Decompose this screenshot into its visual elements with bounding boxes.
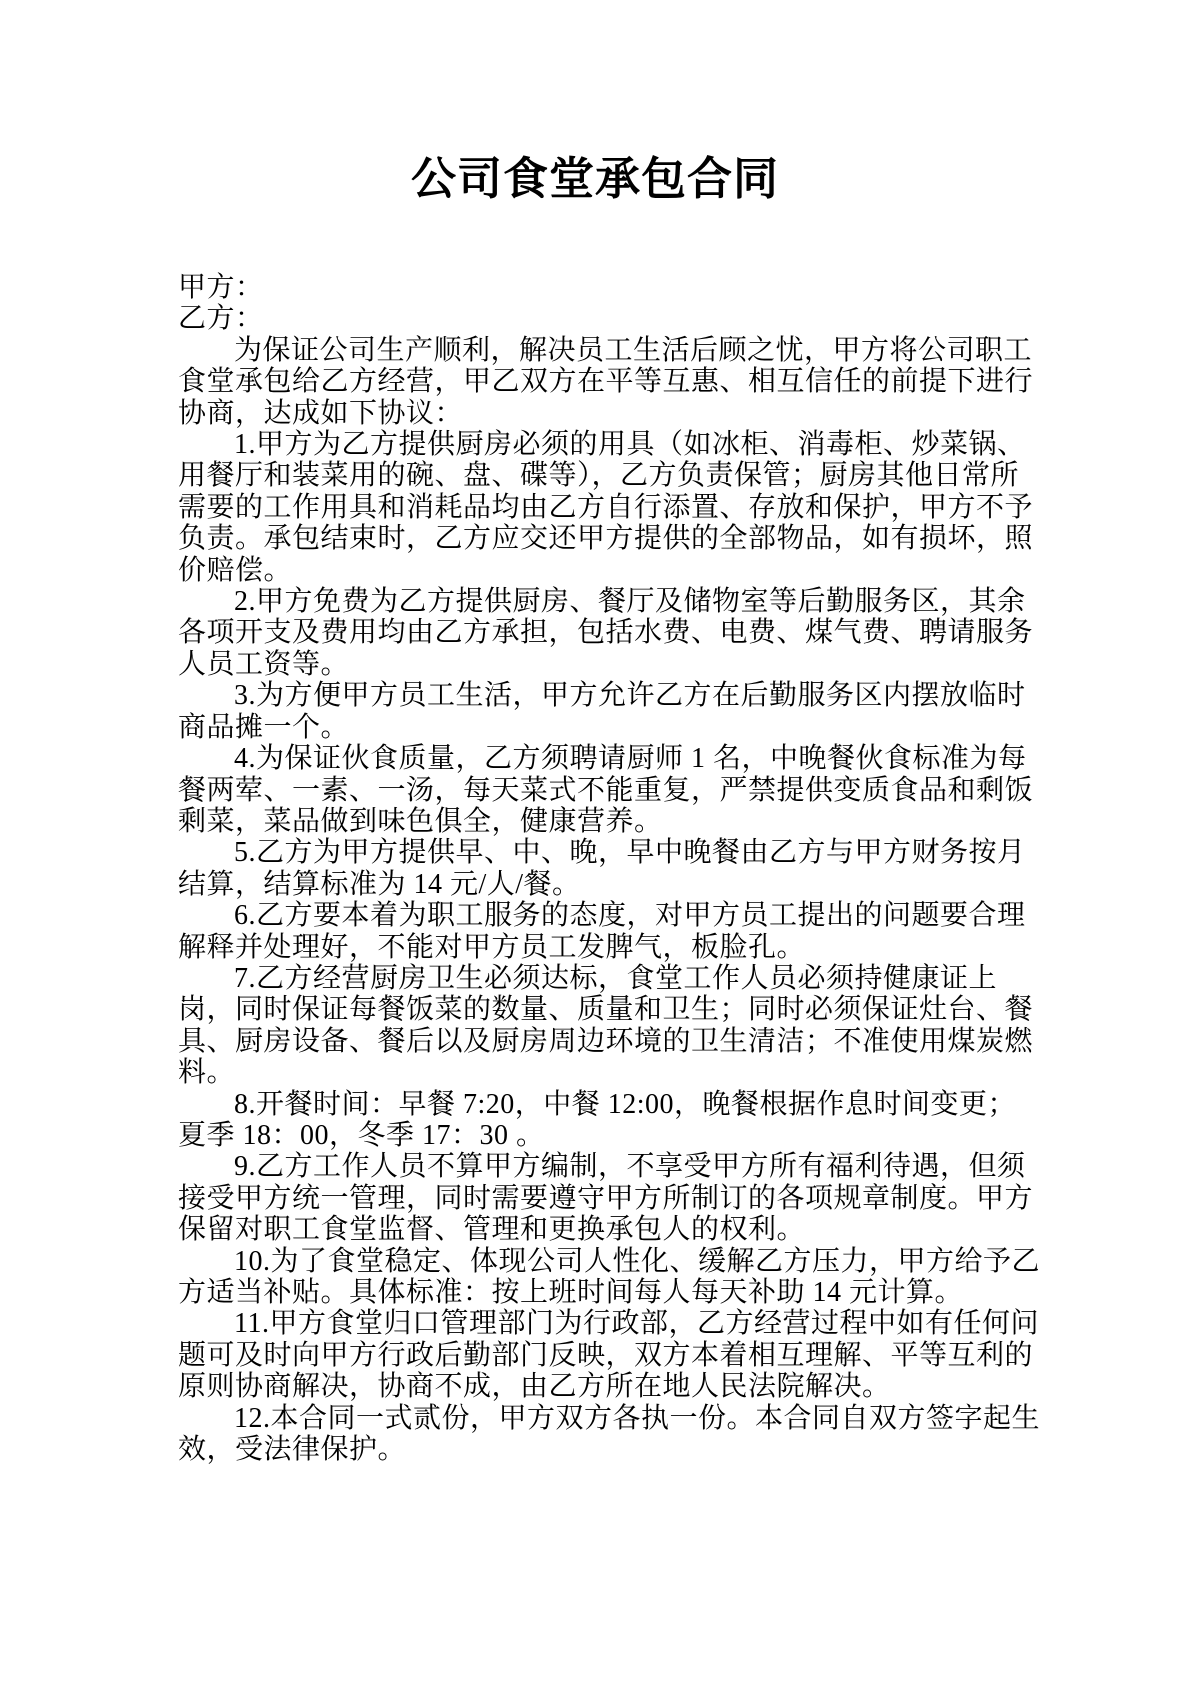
clause-paragraph: 9.乙方工作人员不算甲方编制，不享受甲方所有福利待遇，但须接受甲方统一管理，同时… — [178, 1151, 1043, 1245]
clause-paragraph: 1.甲方为乙方提供厨房必须的用具（如冰柜、消毒柜、炒菜锅、用餐厅和装菜用的碗、盘… — [178, 429, 1043, 586]
clause-paragraph: 4.为保证伙食质量，乙方须聘请厨师 1 名，中晚餐伙食标准为每餐两荤、一素、一汤… — [178, 743, 1043, 837]
party-b-label: 乙方： — [178, 303, 1043, 334]
clause-paragraph: 3.为方便甲方员工生活，甲方允许乙方在后勤服务区内摆放临时商品摊一个。 — [178, 680, 1043, 743]
clause-paragraph: 7.乙方经营厨房卫生必须达标，食堂工作人员必须持健康证上岗，同时保证每餐饭菜的数… — [178, 963, 1043, 1089]
clause-paragraph: 11.甲方食堂归口管理部门为行政部，乙方经营过程中如有任何问题可及时向甲方行政后… — [178, 1308, 1043, 1402]
clause-paragraph: 2.甲方免费为乙方提供厨房、餐厅及储物室等后勤服务区，其余各项开支及费用均由乙方… — [178, 586, 1043, 680]
clause-list: 1.甲方为乙方提供厨房必须的用具（如冰柜、消毒柜、炒菜锅、用餐厅和装菜用的碗、盘… — [178, 429, 1043, 1465]
clause-paragraph: 6.乙方要本着为职工服务的态度，对甲方员工提出的问题要合理解释并处理好，不能对甲… — [178, 900, 1043, 963]
clause-paragraph: 10.为了食堂稳定、体现公司人性化、缓解乙方压力，甲方给予乙方适当补贴。具体标准… — [178, 1246, 1043, 1309]
preamble-paragraph: 为保证公司生产顺利，解决员工生活后顾之忧，甲方将公司职工食堂承包给乙方经营，甲乙… — [178, 335, 1043, 429]
document-title: 公司食堂承包合同 — [0, 150, 1190, 208]
clause-paragraph: 8.开餐时间：早餐 7:20，中餐 12:00，晚餐根据作息时间变更；夏季 18… — [178, 1089, 1043, 1152]
contract-page: 公司食堂承包合同 甲方： 乙方： 为保证公司生产顺利，解决员工生活后顾之忧，甲方… — [0, 0, 1190, 1683]
clause-paragraph: 5.乙方为甲方提供早、中、晚，早中晚餐由乙方与甲方财务按月结算，结算标准为 14… — [178, 837, 1043, 900]
party-a-label: 甲方： — [178, 272, 1043, 303]
document-body: 甲方： 乙方： 为保证公司生产顺利，解决员工生活后顾之忧，甲方将公司职工食堂承包… — [178, 272, 1043, 1465]
clause-paragraph: 12.本合同一式贰份，甲方双方各执一份。本合同自双方签字起生效，受法律保护。 — [178, 1403, 1043, 1466]
